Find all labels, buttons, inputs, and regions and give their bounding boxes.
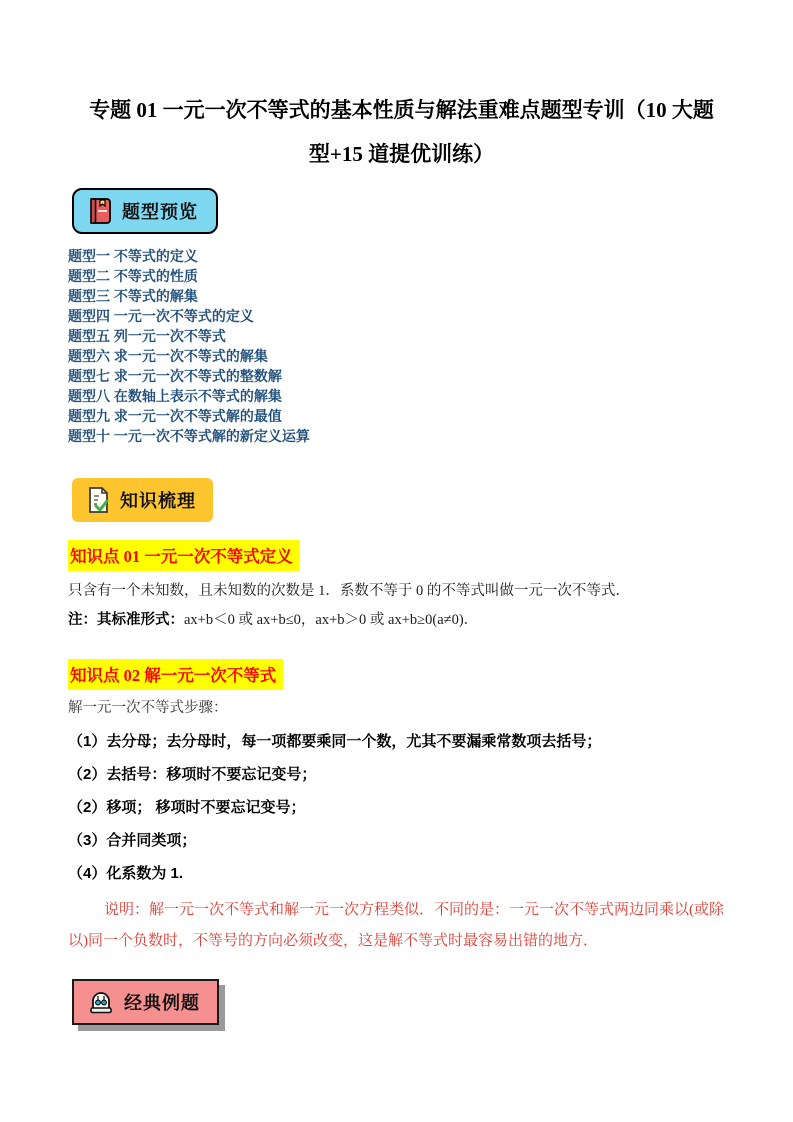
page-title-line1: 专题 01 一元一次不等式的基本性质与解法重难点题型专训（10 大题	[68, 88, 735, 132]
toc-item-1[interactable]: 题型一 不等式的定义	[68, 246, 735, 266]
knowledge-badge-label: 知识梳理	[120, 487, 196, 513]
toc-item-6[interactable]: 题型六 求一元一次不等式的解集	[68, 346, 735, 366]
example-badge-row: 经典例题	[72, 957, 735, 1025]
step-line-3: （2）移项； 移项时不要忘记变号；	[68, 797, 735, 818]
toc-item-8[interactable]: 题型八 在数轴上表示不等式的解集	[68, 386, 735, 406]
note-formula: ax+b＜0 或 ax+b≤0，ax+b＞0 或 ax+b≥0(a≠0)．	[184, 612, 478, 628]
toc-item-4[interactable]: 题型四 一元一次不等式的定义	[68, 306, 735, 326]
step-line-4: （3）合并同类项；	[68, 830, 735, 851]
preview-badge: 题型预览	[72, 188, 218, 234]
red-book-icon	[87, 197, 113, 225]
preview-badge-label: 题型预览	[122, 198, 198, 224]
toc-item-10[interactable]: 题型十 一元一次不等式解的新定义运算	[68, 426, 735, 446]
knowledge-badge-row: 知识梳理	[72, 446, 735, 522]
note-label: 注：其标准形式：	[68, 612, 184, 628]
toc-item-7[interactable]: 题型七 求一元一次不等式的整数解	[68, 366, 735, 386]
toc-item-2[interactable]: 题型二 不等式的性质	[68, 266, 735, 286]
document-page: 专题 01 一元一次不等式的基本性质与解法重难点题型专训（10 大题 型+15 …	[0, 88, 793, 1025]
toc-item-3[interactable]: 题型三 不等式的解集	[68, 286, 735, 306]
toc-item-9[interactable]: 题型九 求一元一次不等式解的最值	[68, 406, 735, 426]
example-badge: 经典例题	[72, 979, 219, 1025]
page-title: 专题 01 一元一次不等式的基本性质与解法重难点题型专训（10 大题 型+15 …	[68, 88, 735, 176]
knowledge-point-1-body: 只含有一个未知数，且未知数的次数是 1．系数不等于 0 的不等式叫做一元一次不等…	[68, 580, 735, 602]
step-line-1: （1）去分母；去分母时，每一项都要乘同一个数，尤其不要漏乘常数项去括号；	[68, 731, 735, 752]
knowledge-point-2-heading: 知识点 02 解一元一次不等式	[68, 659, 283, 690]
clipboard-check-icon	[85, 486, 111, 514]
newtons-cradle-icon	[87, 988, 115, 1016]
example-badge-label: 经典例题	[124, 989, 200, 1015]
knowledge-point-2-row: 知识点 02 解一元一次不等式	[68, 659, 735, 690]
steps-intro: 解一元一次不等式步骤：	[68, 697, 735, 719]
knowledge-point-1-row: 知识点 01 一元一次不等式定义	[68, 540, 735, 571]
preview-badge-row: 题型预览	[72, 176, 735, 234]
knowledge-badge: 知识梳理	[72, 478, 213, 522]
topic-toc: 题型一 不等式的定义 题型二 不等式的性质 题型三 不等式的解集 题型四 一元一…	[68, 246, 735, 446]
page-title-line2: 型+15 道提优训练）	[68, 132, 735, 176]
step-line-5: （4）化系数为 1.	[68, 863, 735, 884]
step-line-2: （2）去括号：移项时不要忘记变号；	[68, 764, 735, 785]
knowledge-point-1-heading: 知识点 01 一元一次不等式定义	[68, 540, 300, 571]
solving-remark: 说明：解一元一次不等式和解一元一次方程类似．不同的是：一元一次不等式两边同乘以(…	[68, 895, 735, 957]
knowledge-point-1-note: 注：其标准形式：ax+b＜0 或 ax+b≤0，ax+b＞0 或 ax+b≥0(…	[68, 609, 735, 631]
toc-item-5[interactable]: 题型五 列一元一次不等式	[68, 326, 735, 346]
